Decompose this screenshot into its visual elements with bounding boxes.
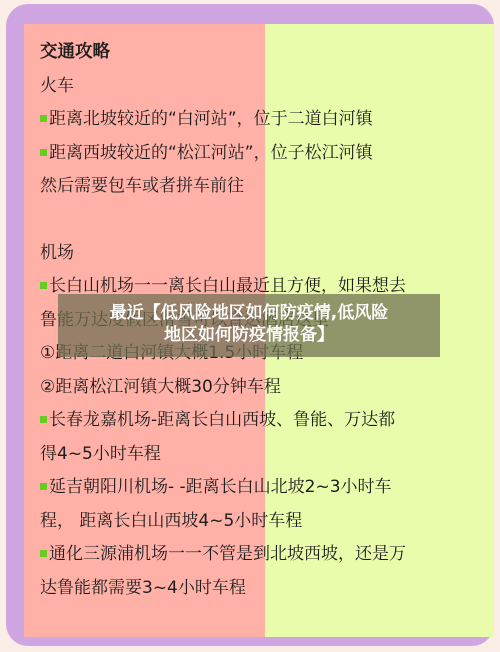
bullet-icon: [40, 550, 47, 557]
airport-item: 延吉朝阳川机场- -距离长白山北坡2~3小时车: [40, 477, 480, 511]
airport-item-cont: 达鲁能都需要3~4小时车程: [40, 578, 480, 612]
heading: 交通攻略: [40, 42, 480, 76]
bullet-icon: [40, 282, 47, 289]
section-train-label: 火车: [40, 76, 480, 110]
train-note: 然后需要包车或者拼车前往: [40, 176, 480, 210]
title-overlay-banner: 最近【低风险地区如何防疫情,低风险 地区如何防疫情报备】: [58, 294, 440, 357]
airport-item-cont: 程， 距离长白山西坡4~5小时车程: [40, 511, 480, 545]
airport-item: 通化三源浦机场一一不管是到北坡西坡，还是万: [40, 544, 480, 578]
section-airport-label: 机场: [40, 243, 480, 277]
bullet-icon: [40, 483, 47, 490]
airport-item: 长春龙嘉机场-距离长白山西坡、鲁能、万达都: [40, 410, 480, 444]
overlay-title-line2: 地区如何防疫情报备】: [58, 324, 440, 346]
bullet-icon: [40, 115, 47, 122]
bullet-icon: [40, 416, 47, 423]
train-item: 距离北坡较近的“白河站”，位于二道白河镇: [40, 109, 480, 143]
airport-item-sub: ②距离松江河镇大概30分钟车程: [40, 377, 480, 411]
airport-item-cont: 得4~5小时车程: [40, 444, 480, 478]
overlay-title-line1: 最近【低风险地区如何防疫情,低风险: [58, 302, 440, 324]
train-item: 距离西坡较近的“松江河站”，位子松江河镇: [40, 143, 480, 177]
bullet-icon: [40, 149, 47, 156]
